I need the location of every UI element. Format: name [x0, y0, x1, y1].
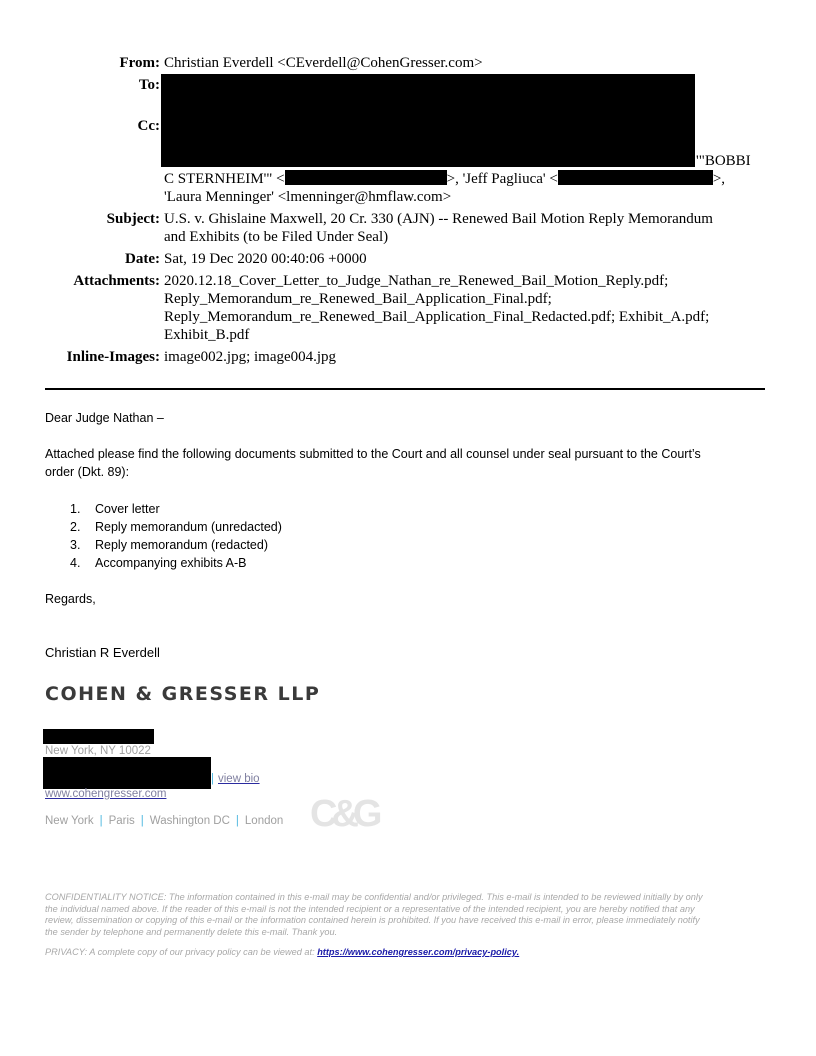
- date-label: Date:: [0, 250, 160, 268]
- separator: |: [211, 773, 214, 785]
- separator: |: [100, 815, 103, 827]
- office-washington: Washington DC: [150, 815, 230, 827]
- redaction-sternheim-email: [285, 170, 447, 185]
- cc-label: Cc:: [0, 117, 160, 135]
- cc-line2: C STERNHEIM'" <>, 'Jeff Pagliuca' <>,: [164, 170, 764, 188]
- redaction-pagliuca-email: [558, 170, 713, 185]
- notice-line: the sender by telephone and permanently …: [45, 927, 767, 939]
- cc-line2-end: >,: [713, 171, 725, 187]
- redaction-phone: [43, 757, 211, 789]
- redaction-address: [43, 729, 154, 744]
- list-text: Cover letter: [95, 502, 160, 516]
- firm-logo: COHEN & GRESSER LLP: [45, 683, 320, 705]
- cc-pagliuca: >, 'Jeff Pagliuca' <: [447, 171, 558, 187]
- confidentiality-notice: CONFIDENTIALITY NOTICE: The information …: [45, 892, 767, 938]
- view-bio-link[interactable]: view bio: [218, 773, 260, 785]
- privacy-text: PRIVACY: A complete copy of our privacy …: [45, 947, 317, 957]
- notice-line: review, dissemination or copying of this…: [45, 915, 767, 927]
- bio-row: |view bio: [211, 773, 260, 785]
- list-item: 1.Cover letter: [70, 500, 282, 518]
- intro-line1: Attached please find the following docum…: [45, 445, 701, 463]
- list-number: 3.: [70, 536, 80, 554]
- list-text: Reply memorandum (redacted): [95, 538, 268, 552]
- cg-logo-mark: C&G: [310, 793, 376, 836]
- office-new-york: New York: [45, 815, 94, 827]
- subject-label: Subject:: [0, 210, 160, 228]
- date-value: Sat, 19 Dec 2020 00:40:06 +0000: [164, 250, 764, 268]
- list-text: Accompanying exhibits A-B: [95, 556, 246, 570]
- cc-sternheim: C STERNHEIM'" <: [164, 171, 285, 187]
- from-label: From:: [0, 54, 160, 72]
- closing: Regards,: [45, 590, 96, 608]
- offices-row: New York|Paris|Washington DC|London: [45, 815, 283, 827]
- inline-images-label: Inline-Images:: [0, 348, 160, 366]
- list-number: 1.: [70, 500, 80, 518]
- attachment-line: 2020.12.18_Cover_Letter_to_Judge_Nathan_…: [164, 272, 764, 290]
- list-item: 4.Accompanying exhibits A-B: [70, 554, 282, 572]
- attachments-label: Attachments:: [0, 272, 160, 290]
- header-divider: [45, 388, 765, 390]
- privacy-policy-link[interactable]: https://www.cohengresser.com/privacy-pol…: [317, 947, 519, 957]
- notice-line: CONFIDENTIALITY NOTICE: The information …: [45, 892, 767, 904]
- subject-line2: and Exhibits (to be Filed Under Seal): [164, 228, 764, 246]
- list-item: 3.Reply memorandum (redacted): [70, 536, 282, 554]
- attachment-line: Exhibit_B.pdf: [164, 326, 764, 344]
- list-item: 2.Reply memorandum (unredacted): [70, 518, 282, 536]
- separator: |: [141, 815, 144, 827]
- notice-line: the individual named above. If the reade…: [45, 904, 767, 916]
- signature-name: Christian R Everdell: [45, 645, 160, 660]
- greeting: Dear Judge Nathan –: [45, 409, 164, 427]
- subject-line1: U.S. v. Ghislaine Maxwell, 20 Cr. 330 (A…: [164, 210, 764, 228]
- attachment-line: Reply_Memorandum_re_Renewed_Bail_Applica…: [164, 308, 764, 326]
- list-text: Reply memorandum (unredacted): [95, 520, 282, 534]
- city-line: New York, NY 10022: [45, 745, 151, 757]
- cc-line3: 'Laura Menninger' <lmenninger@hmflaw.com…: [164, 188, 764, 206]
- cc-line1-tail: '"BOBBI: [696, 152, 776, 170]
- intro-line2: order (Dkt. 89):: [45, 463, 129, 481]
- office-paris: Paris: [109, 815, 135, 827]
- attachment-line: Reply_Memorandum_re_Renewed_Bail_Applica…: [164, 290, 764, 308]
- separator: |: [236, 815, 239, 827]
- to-label: To:: [0, 76, 160, 94]
- email-header: From: Christian Everdell <CEverdell@Cohe…: [0, 0, 816, 380]
- inline-images-value: image002.jpg; image004.jpg: [164, 348, 764, 366]
- document-list: 1.Cover letter 2.Reply memorandum (unred…: [70, 500, 282, 572]
- list-number: 2.: [70, 518, 80, 536]
- privacy-notice: PRIVACY: A complete copy of our privacy …: [45, 947, 519, 957]
- list-number: 4.: [70, 554, 80, 572]
- from-value: Christian Everdell <CEverdell@CohenGress…: [164, 54, 764, 72]
- website-link[interactable]: www.cohengresser.com: [45, 788, 166, 800]
- office-london: London: [245, 815, 283, 827]
- redaction-to-cc: [161, 74, 695, 167]
